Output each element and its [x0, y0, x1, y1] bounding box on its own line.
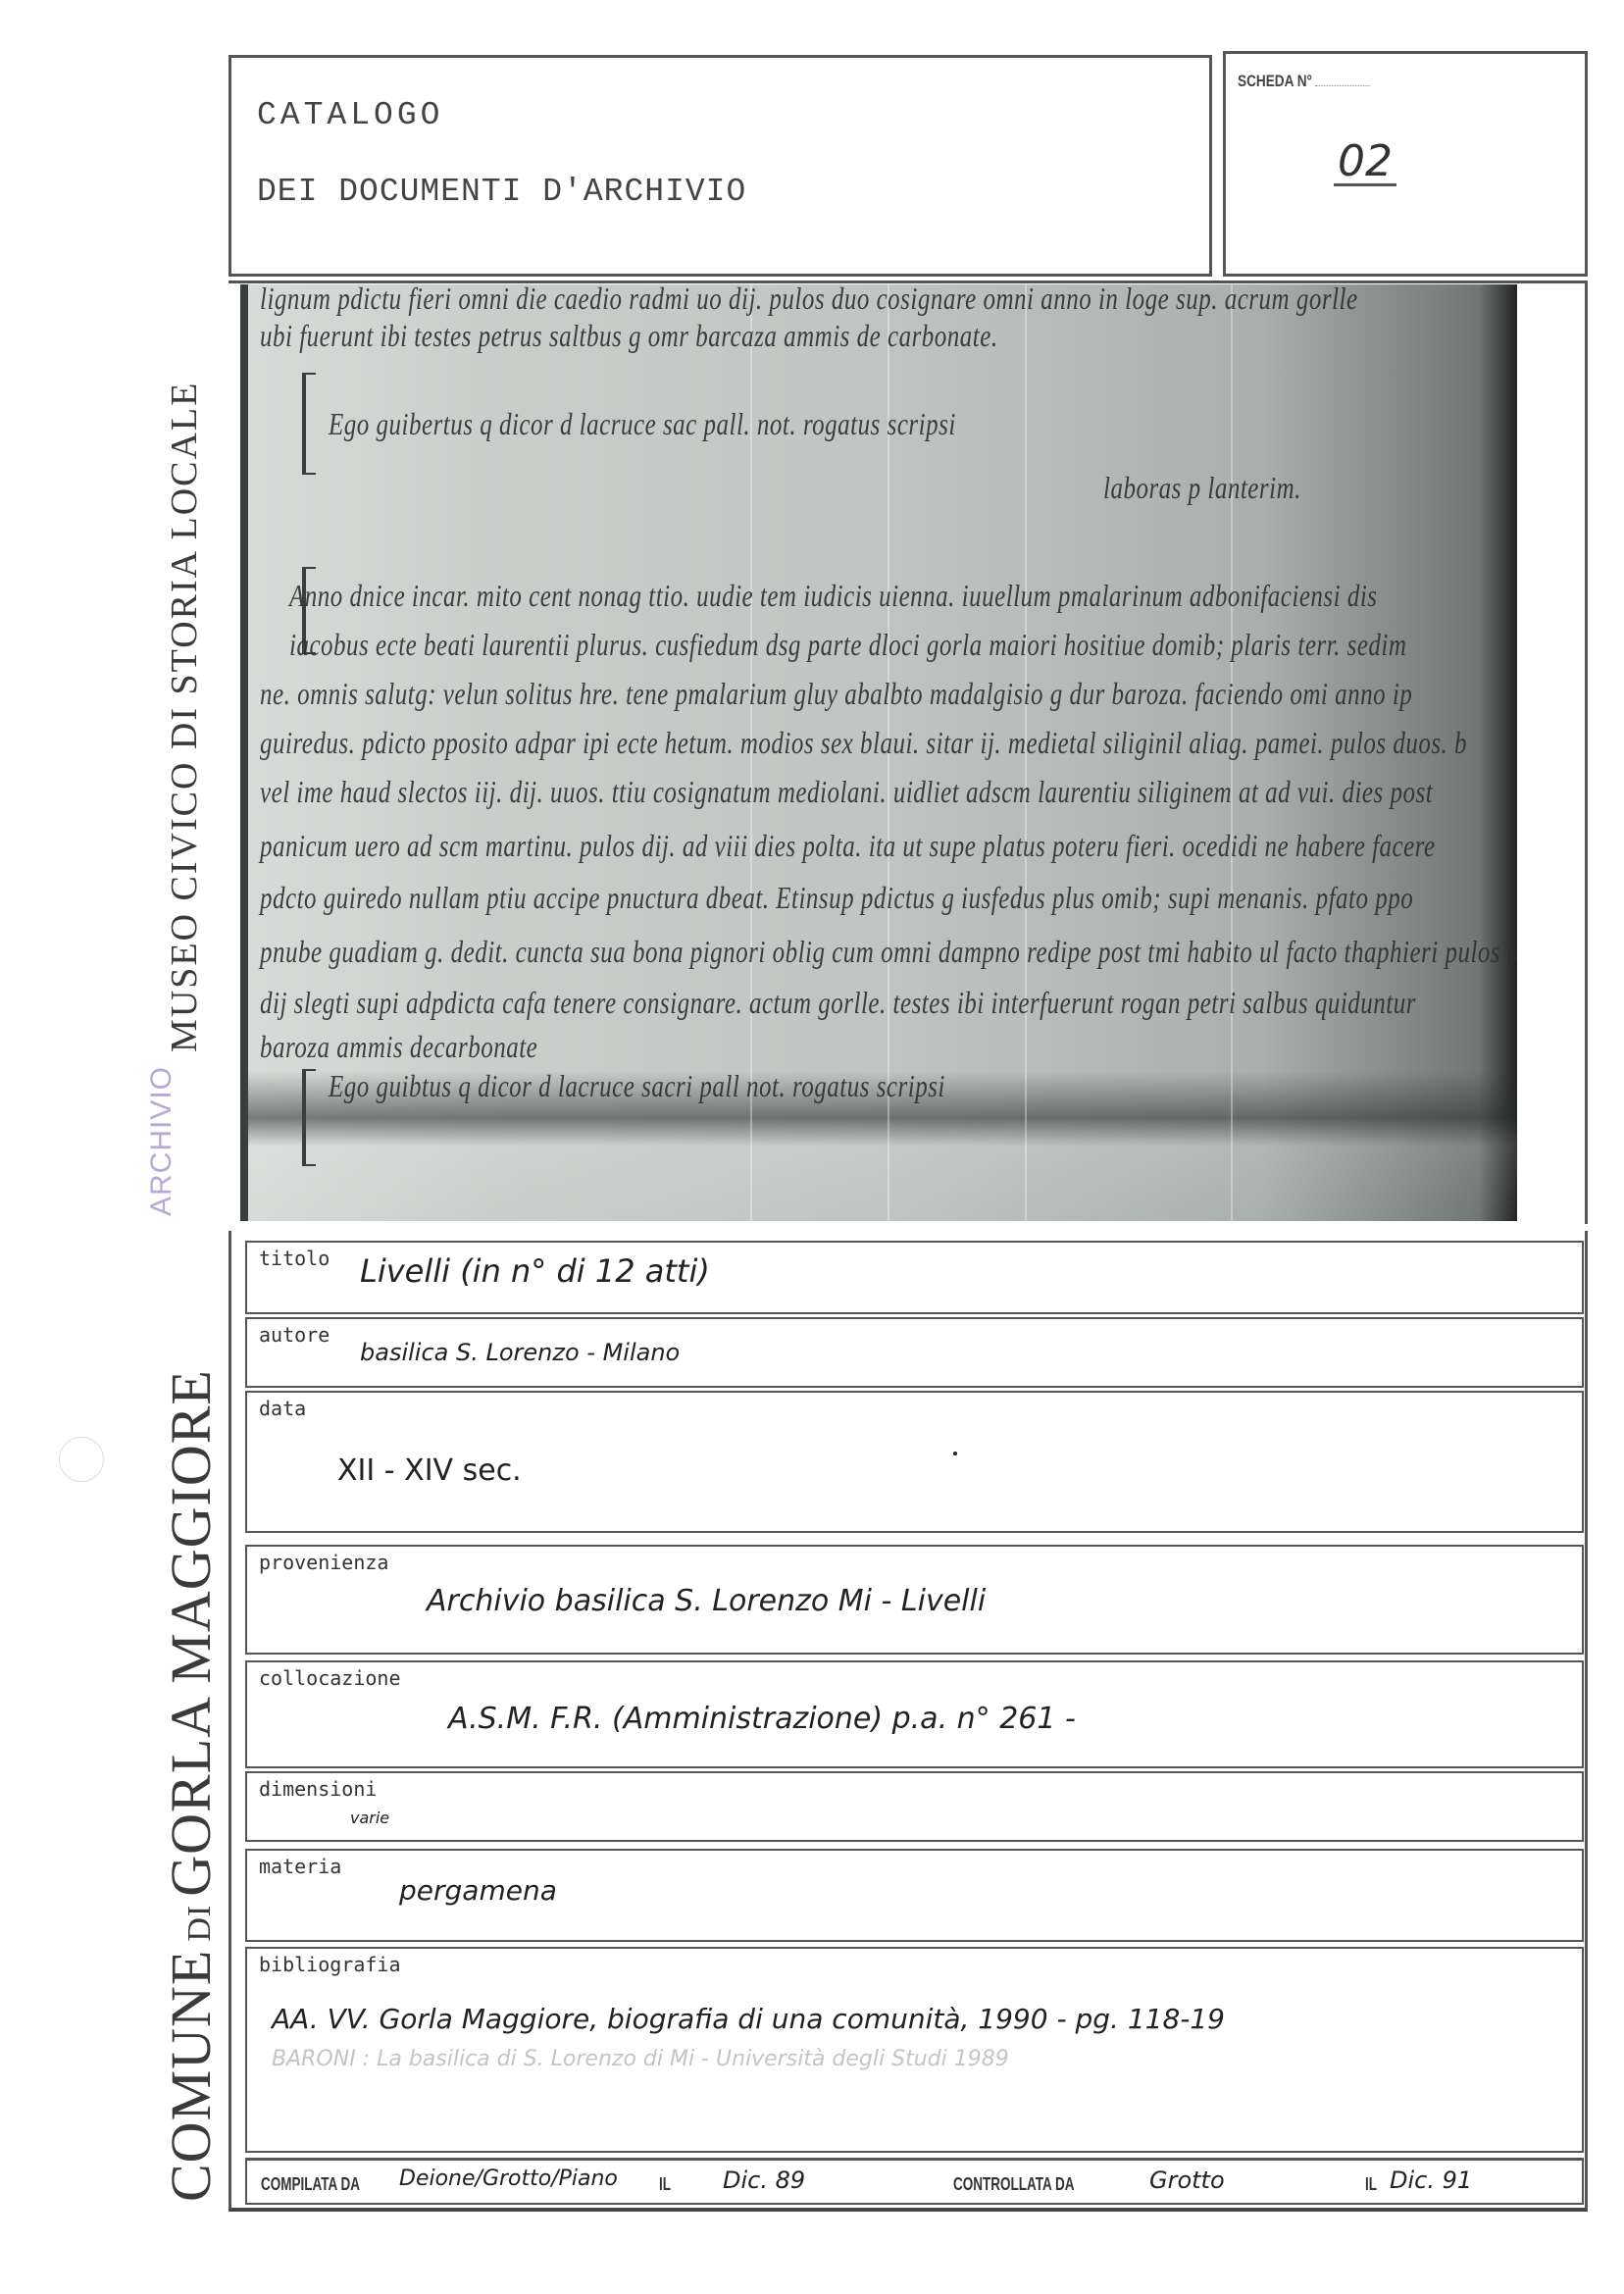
field-label: collocazione [259, 1666, 401, 1690]
field-value: pergamena [399, 1874, 557, 1907]
field-titolo: titolo Livelli (in n° di 12 atti) [245, 1241, 1584, 1314]
field-dimensioni: dimensioni varie [245, 1771, 1584, 1842]
scheda-number-box: SCHEDA N° 02 [1223, 51, 1588, 277]
manuscript-line: Ego guibtus q dicor d lacruce sacri pall… [329, 1071, 945, 1105]
compilata-date: Dic. 89 [723, 2167, 805, 2194]
field-value: XII - XIV sec. [337, 1453, 522, 1488]
field-data: data XII - XIV sec. [245, 1391, 1584, 1533]
manuscript-line: vel ime haud slectos iij. dij. uuos. tti… [260, 777, 1433, 811]
compilata-label: COMPILATA DA [261, 2174, 360, 2195]
manuscript-line: iacobus ecte beati laurentii plurus. cus… [289, 630, 1406, 664]
catalog-title-line2: DEI DOCUMENTI D'ARCHIVIO [257, 174, 746, 210]
field-collocazione: collocazione A.S.M. F.R. (Amministrazion… [245, 1660, 1584, 1768]
punch-hole-mark [59, 1437, 104, 1482]
il-label: IL [659, 2174, 671, 2195]
comune-name: GORLA MAGGIORE [159, 1369, 223, 1897]
manuscript-line: laboras p lanterim. [1103, 473, 1301, 507]
comune-word: COMUNE [159, 1950, 223, 2202]
manuscript-line: pnube guadiam g. dedit. cuncta sua bona … [260, 937, 1517, 971]
field-value: varie [350, 1809, 389, 1827]
footer-signatures: COMPILATA DA Deione/Grotto/Piano IL Dic.… [245, 2158, 1584, 2205]
field-value: AA. VV. Gorla Maggiore, biografia di una… [272, 2003, 1225, 2035]
manuscript-line: ne. omnis salutg: velun solitus hre. ten… [260, 679, 1412, 713]
field-value: basilica S. Lorenzo - Milano [360, 1339, 680, 1366]
manuscript-line: pdcto guiredo nullam ptiu accipe pnuctur… [260, 883, 1413, 917]
controllata-date: Dic. 91 [1390, 2167, 1472, 2194]
manuscript-line: baroza ammis decarbonate [260, 1032, 537, 1066]
field-provenienza: provenienza Archivio basilica S. Lorenzo… [245, 1545, 1584, 1655]
field-label: data [259, 1397, 306, 1420]
decorated-initial [302, 1069, 316, 1166]
field-value: Livelli (in n° di 12 atti) [360, 1252, 710, 1290]
field-label: bibliografia [259, 1953, 401, 1976]
museum-name: MUSEO CIVICO DI STORIA LOCALE [164, 382, 205, 1052]
scheda-number: 02 [1334, 140, 1396, 186]
field-value-faint: BARONI : La basilica di S. Lorenzo di Mi… [272, 2047, 1009, 2071]
manuscript-line: guiredus. pdicto pposito adpar ipi ecte … [260, 728, 1467, 762]
archivio-stamp: ARCHIVIO [145, 1066, 178, 1216]
il-label: IL [1365, 2174, 1377, 2195]
field-label: dimensioni [259, 1777, 377, 1801]
manuscript-photo: lignum pdictu fieri omni die caedio radm… [240, 284, 1517, 1221]
field-label: provenienza [259, 1551, 388, 1574]
manuscript-line: Anno dnice incar. mito cent nonag ttio. … [289, 581, 1378, 615]
controllata-value: Grotto [1149, 2167, 1225, 2194]
controllata-label: CONTROLLATA DA [953, 2174, 1074, 2195]
field-value: Archivio basilica S. Lorenzo Mi - Livell… [427, 1584, 986, 1618]
catalog-title-box: CATALOGO DEI DOCUMENTI D'ARCHIVIO [228, 55, 1212, 277]
field-label: autore [259, 1323, 330, 1347]
field-label: titolo [259, 1247, 330, 1270]
manuscript-line: dij slegti supi adpdicta cafa tenere con… [260, 988, 1416, 1022]
manuscript-line: panicum uero ad scm martinu. pulos dij. … [260, 831, 1436, 865]
side-comune-label: COMUNEDIGORLA MAGGIORE [145, 1246, 233, 2212]
manuscript-line: lignum pdictu fieri omni die caedio radm… [260, 284, 1358, 318]
decorated-initial [302, 373, 316, 475]
scheda-label: SCHEDA N° [1238, 72, 1370, 91]
manuscript-line: ubi fuerunt ibi testes petrus saltbus g … [260, 321, 998, 355]
field-bibliografia: bibliografia AA. VV. Gorla Maggiore, bio… [245, 1947, 1584, 2153]
field-value: A.S.M. F.R. (Amministrazione) p.a. n° 26… [448, 1702, 1076, 1736]
side-museum-label: ARCHIVIOMUSEO CIVICO DI STORIA LOCALE [145, 471, 233, 1226]
comune-di: DI [181, 1905, 218, 1942]
field-label: materia [259, 1855, 341, 1878]
field-autore: autore basilica S. Lorenzo - Milano [245, 1317, 1584, 1388]
compilata-value: Deione/Grotto/Piano [399, 2167, 618, 2191]
manuscript-line: Ego guibertus q dicor d lacruce sac pall… [329, 409, 956, 443]
catalog-title-line1: CATALOGO [257, 97, 443, 133]
field-materia: materia pergamena [245, 1849, 1584, 1942]
